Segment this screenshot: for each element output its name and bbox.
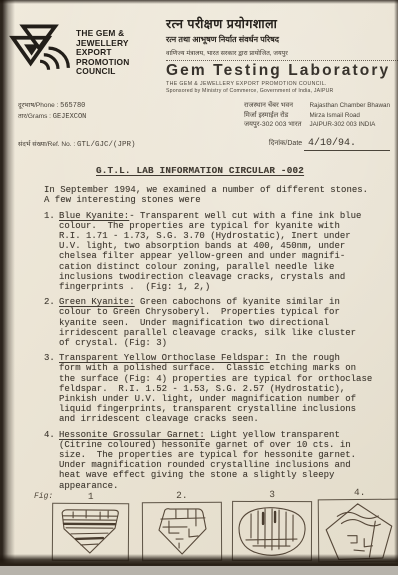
phone-grams-block: दूरभाष/Phone : 565780 तार/Grams : GEJEXC… [18,101,86,130]
figure-2-box [142,502,222,561]
address-english: Rajasthan Chamber Bhawan Mirza Ismail Ro… [309,101,390,130]
item-text: Blue Kyanite:- Transparent well cut with… [59,211,392,293]
scan-shadow-left [0,0,15,575]
date-line: दिनांक/Date 4/10/94. [269,138,390,149]
item-text: Transparent Yellow Orthoclase Feldspar: … [59,353,392,424]
grams-value: GEJEXCON [53,113,87,121]
sponsor-line: Sponsored by Ministry of Commerce, Gover… [166,88,392,94]
figure-3-number: 3 [232,489,312,500]
figure-4-box [318,499,398,563]
gjepc-logo: THE GEM & JEWELLERY EXPORT PROMOTION COU… [8,15,158,94]
ref-no-label: संदर्भ संख्या/Ref. No. : [18,141,75,148]
item-rest: In the rough form with a polished surfac… [59,353,372,424]
grams-label: तार/Grams : [18,113,51,120]
letterhead: THE GEM & JEWELLERY EXPORT PROMOTION COU… [8,15,392,94]
phone-value: 565780 [60,102,85,110]
address-english-line: JAIPUR-302 003 INDIA [309,120,390,130]
figure-1-box [52,503,129,562]
date-label: दिनांक/Date [269,140,302,147]
item-number: 2. [44,297,59,348]
address-hindi-line: राजस्थान चेंबर भवन [244,101,302,111]
scanner-bed-strip [0,566,398,575]
item-heading: Hessonite Grossular Garnet: [59,430,205,440]
address-hindi-line: मिर्जा इस्माईल रोड [244,111,302,121]
figure-sketch-rough-stone [319,500,398,562]
item-text: Hessonite Grossular Garnet: Light yellow… [59,430,392,491]
figure-sketch-cabochon [233,502,311,560]
figure-4-number: 4. [318,487,398,499]
address-hindi: राजस्थान चेंबर भवन मिर्जा इस्माईल रोड जय… [244,101,302,130]
address-block: राजस्थान चेंबर भवन मिर्जा इस्माईल रोड जय… [244,101,390,130]
grams-line: तार/Grams : GEJEXCON [18,112,86,123]
gjepc-logo-icon [8,21,74,79]
address-english-line: Rajasthan Chamber Bhawan [309,101,390,111]
letter-body: G.T.L. LAB INFORMATION CIRCULAR -002 In … [36,166,392,491]
address-hindi-line: जयपुर-302 003 भारत [244,120,302,130]
list-item-4: 4. Hessonite Grossular Garnet: Light yel… [36,430,392,491]
list-item-1: 1. Blue Kyanite:- Transparent well cut w… [36,211,392,293]
figure-1: 1 [52,503,129,562]
figures-label: Fig: [34,492,53,501]
item-number: 1. [44,211,59,293]
scanned-document-page: THE GEM & JEWELLERY EXPORT PROMOTION COU… [0,0,398,575]
figure-sketch-faceted-gem-zoning [53,504,128,561]
list-item-3: 3. Transparent Yellow Orthoclase Feldspa… [36,353,392,424]
lab-name-hindi: रत्न परीक्षण प्रयोगशाला [166,15,392,32]
contact-block: दूरभाष/Phone : 565780 तार/Grams : GEJEXC… [18,101,390,130]
lab-name: Gem Testing Laboratory [166,62,392,80]
intro-paragraph: In September 1994, we examined a number … [44,185,392,205]
divider [166,60,398,61]
item-heading: Transparent Yellow Orthoclase Feldspar: [59,353,270,363]
figure-4: 4. [318,499,398,563]
item-number: 3. [44,353,59,424]
logo-wordmark: THE GEM & JEWELLERY EXPORT PROMOTION COU… [76,29,129,77]
date-value: 4/10/94. [304,138,390,151]
scan-shadow-right [394,0,398,575]
council-name: THE GEM & JEWELLERY EXPORT PROMOTION COU… [166,81,392,87]
ref-no-value: GTL/GJC/(JPR) [77,141,136,149]
reference-row: संदर्भ संख्या/Ref. No. : GTL/GJC/(JPR) द… [18,138,390,149]
sponsor-line-hindi: वाणिज्य मंत्रालय, भारत सरकार द्वारा प्रा… [166,48,392,57]
item-heading: Blue Kyanite: [59,211,129,221]
list-item-2: 2. Green Kyanite: Green cabochons of kya… [36,297,392,348]
figure-2-number: 2. [142,490,222,501]
figure-2: 2. [142,502,222,561]
figure-sketch-faceted-gem-cracks [143,503,221,560]
ref-no-line: संदर्भ संख्या/Ref. No. : GTL/GJC/(JPR) [18,139,135,149]
figure-1-number: 1 [52,491,129,503]
item-rest: - Transparent well cut with a fine ink b… [59,211,361,292]
circular-title: G.T.L. LAB INFORMATION CIRCULAR -002 [96,166,392,176]
figure-3-box [232,501,312,561]
item-number: 4. [44,430,59,491]
letterhead-right: रत्न परीक्षण प्रयोगशाला रत्न तथा आभूषण न… [166,15,392,94]
council-name-hindi: रत्न तथा आभूषण निर्यात संवर्धन परिषद [166,34,392,45]
phone-label: दूरभाष/Phone : [18,102,58,109]
address-english-line: Mirza Ismail Road [309,111,390,121]
scan-shadow-top [0,0,398,4]
item-heading: Green Kyanite: [59,297,135,307]
phone-line: दूरभाष/Phone : 565780 [18,101,86,112]
item-text: Green Kyanite: Green cabochons of kyanit… [59,297,392,348]
figure-3: 3 [232,501,312,561]
